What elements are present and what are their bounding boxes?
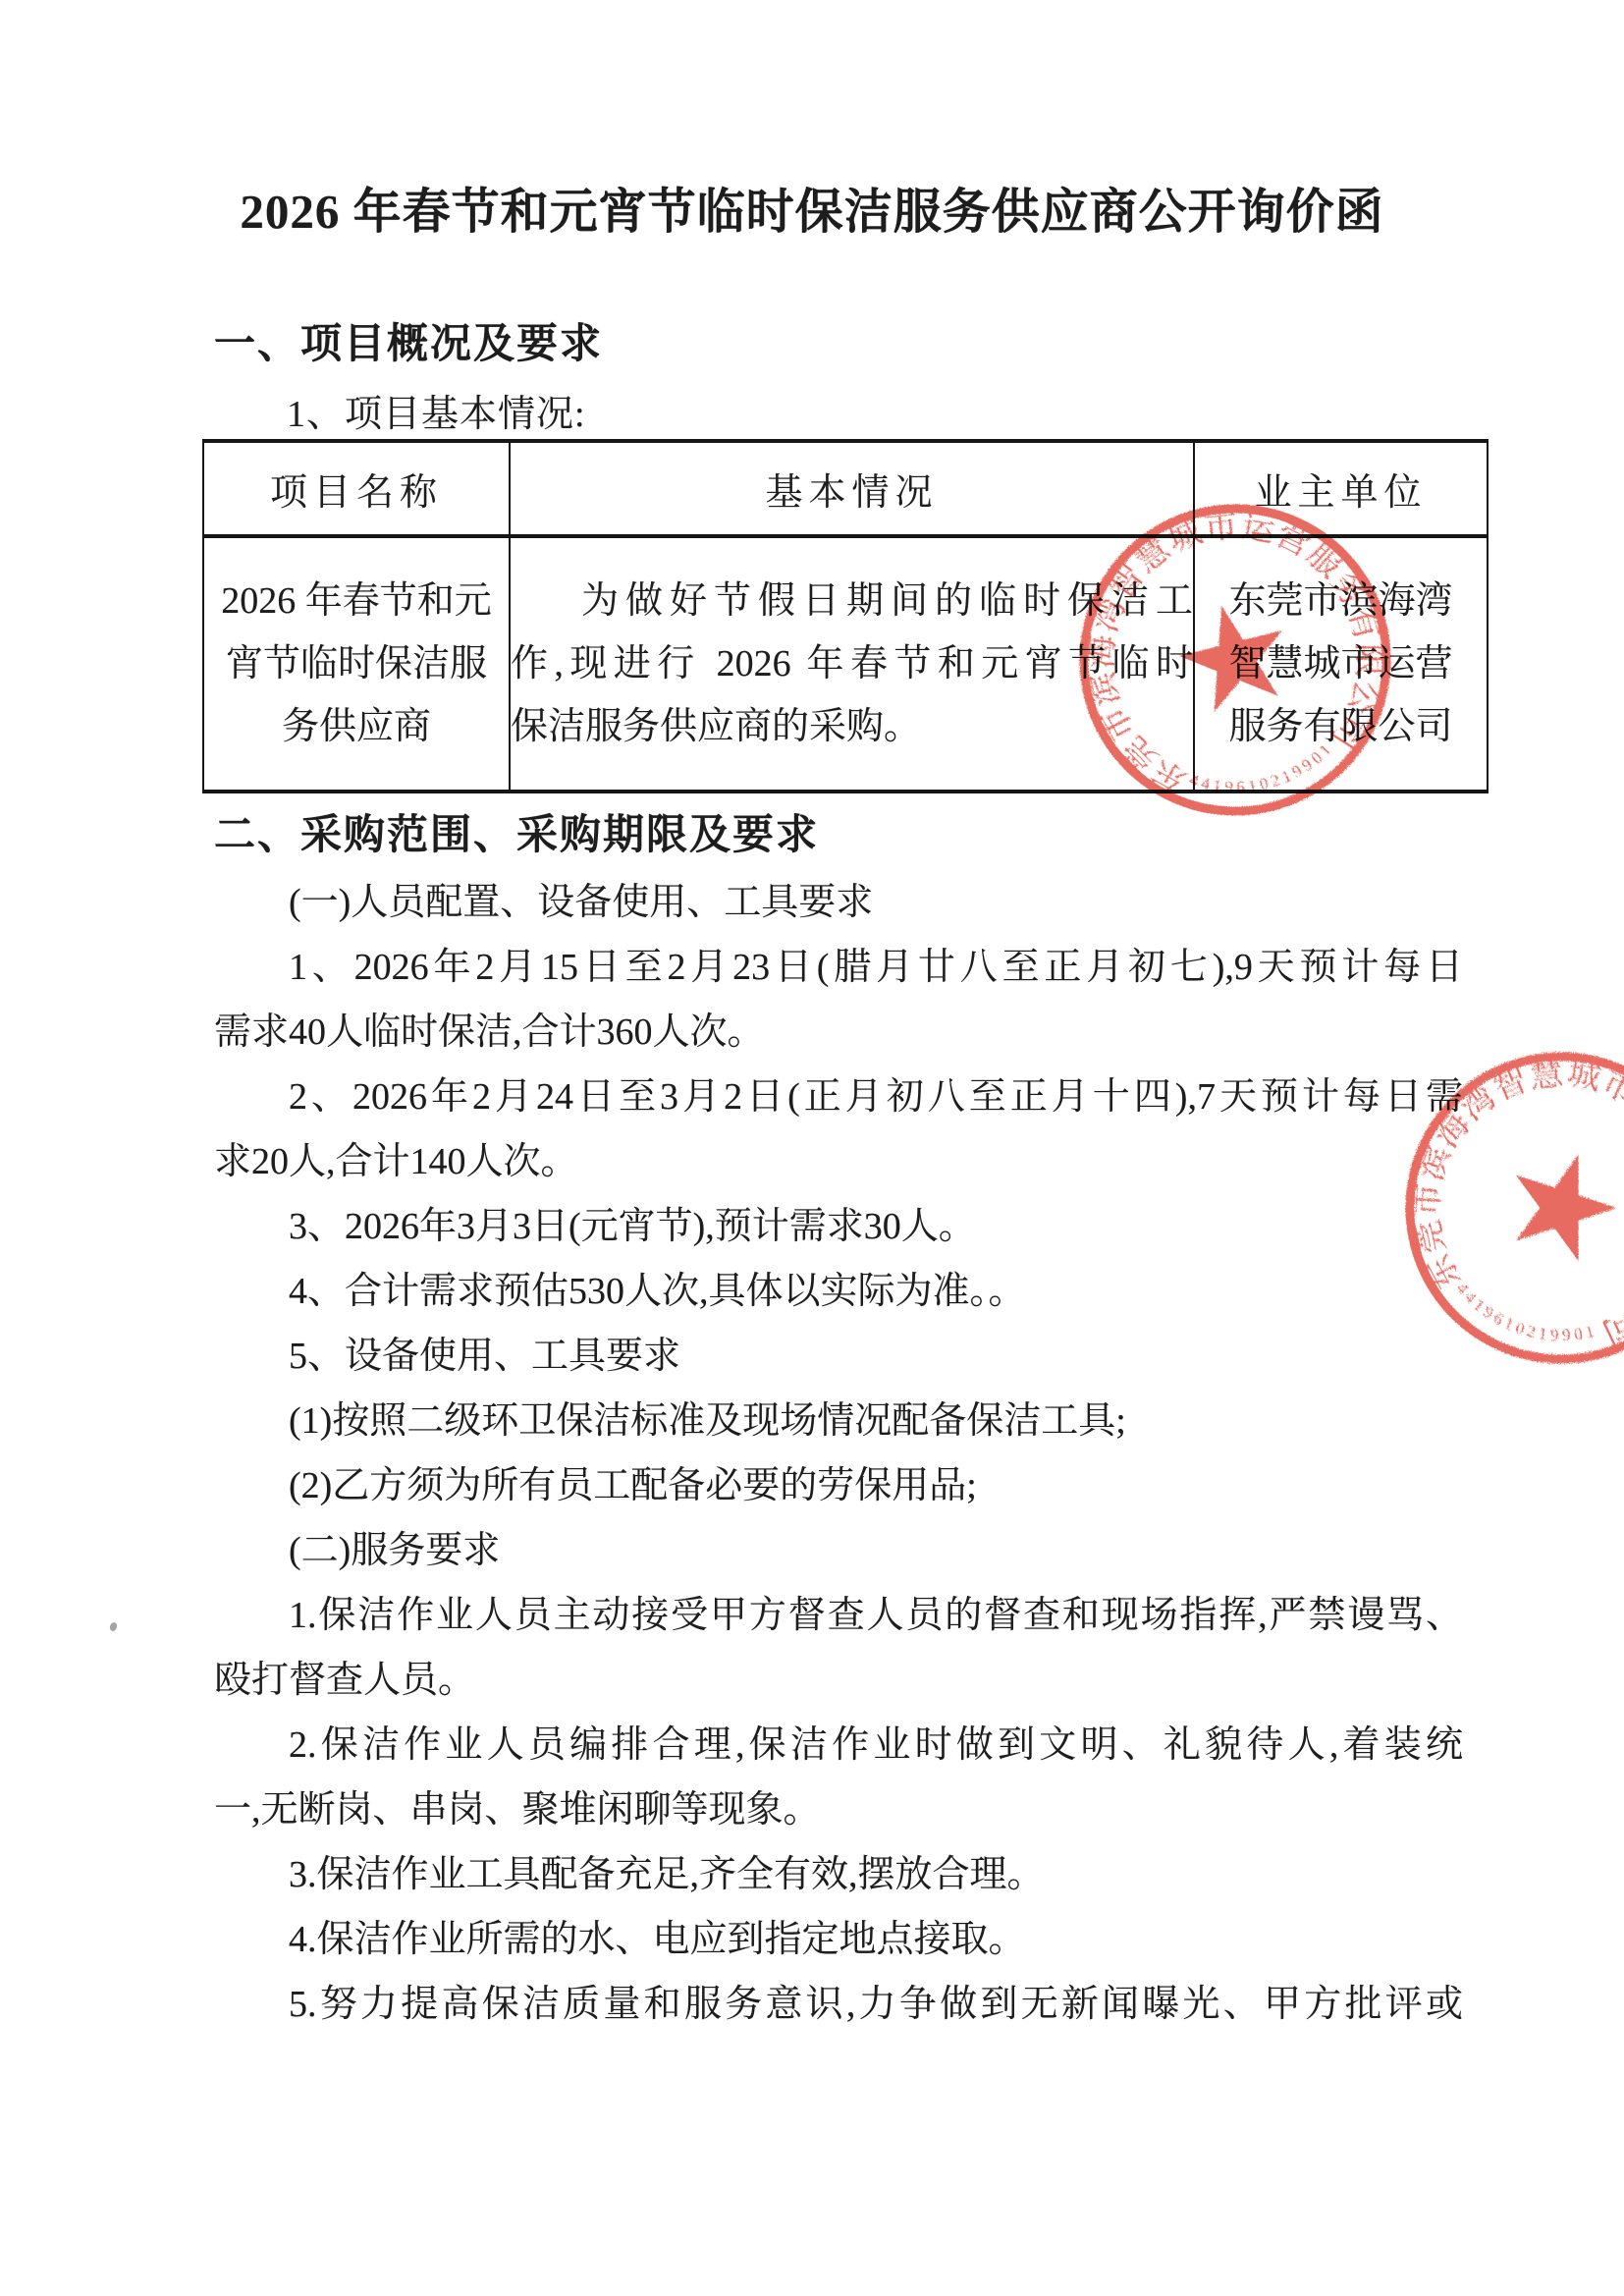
table-header-row: 项目名称 基本情况 业主单位 [203,441,1488,536]
owner-unit-line: 东莞市滨海湾 [1195,570,1487,632]
col-header-project-name: 项目名称 [203,441,510,536]
svg-text:4419610219901: 4419610219901 [1445,1277,1604,1362]
seal-star-icon [1496,1138,1624,1268]
body-line: 5、设备使用、工具要求 [214,1324,1463,1389]
project-name-line: 2026 年春节和元 [204,570,509,632]
document-title: 2026 年春节和元宵节临时保洁服务供应商公开询价函 [0,185,1624,240]
body-line: 3、2026年3月3日(元宵节),预计需求30人。 [214,1194,1463,1259]
project-name-line: 宵节临时保洁服 [204,632,509,695]
owner-unit-line: 智慧城市运营 [1195,632,1487,695]
owner-unit-line: 服务有限公司 [1195,695,1487,758]
body-line: 求20人,合计140人次。 [214,1129,1463,1194]
body-line: 4、合计需求预估530人次,具体以实际为准。。 [214,1259,1463,1324]
col-header-owner-unit: 业主单位 [1194,441,1488,536]
body-line: 一,无断岗、串岗、聚堆闲聊等现象。 [214,1777,1463,1842]
body-line: 4.保洁作业所需的水、电应到指定地点接取。 [214,1907,1463,1972]
table-row: 2026 年春节和元 宵节临时保洁服 务供应商 为做好节假日期间的临时保洁工 作… [203,536,1488,792]
section-two-body: (一)人员配置、设备使用、工具要求 1、2026年2月15日至2月23日(腊月廿… [214,870,1463,2037]
col-header-basic-info: 基本情况 [510,441,1194,536]
document-page: 2026 年春节和元宵节临时保洁服务供应商公开询价函 一、项目概况及要求 1、项… [0,0,1624,2296]
cell-project-name: 2026 年春节和元 宵节临时保洁服 务供应商 [203,536,510,792]
scan-artifact-dot [109,1621,119,1632]
table-caption: 1、项目基本情况: [287,395,586,436]
basic-info-line: 保洁服务供应商的采购。 [511,695,1193,758]
project-info-table: 项目名称 基本情况 业主单位 2026 年春节和元 宵节临时保洁服 务供应商 为… [202,439,1489,793]
basic-info-line: 作,现进行 2026 年春节和元宵节临时 [511,632,1193,695]
body-line: (2)乙方须为所有员工配备必要的劳保用品; [214,1453,1463,1518]
body-line: 3.保洁作业工具配备充足,齐全有效,摆放合理。 [214,1842,1463,1907]
project-name-line: 务供应商 [204,695,509,758]
body-line: 殴打督查人员。 [214,1648,1463,1713]
body-line: (1)按照二级环卫保洁标准及现场情况配备保洁工具; [214,1389,1463,1453]
body-line: 1.保洁作业人员主动接受甲方督查人员的督查和现场指挥,严禁谩骂、 [214,1583,1463,1648]
body-line: (一)人员配置、设备使用、工具要求 [214,870,1463,935]
body-line: (二)服务要求 [214,1518,1463,1583]
section-one-heading: 一、项目概况及要求 [214,323,603,366]
body-line: 5.努力提高保洁质量和服务意识,力争做到无新闻曝光、甲方批评或 [214,1972,1463,2037]
section-two-heading: 二、采购范围、采购期限及要求 [214,814,819,857]
seal-serial-number: 4419610219901 [1445,1277,1604,1362]
basic-info-line: 为做好节假日期间的临时保洁工 [511,570,1193,632]
body-line: 2、2026年2月24日至3月2日(正月初八至正月十四),7天预计每日需 [214,1065,1463,1129]
body-line: 1、2026年2月15日至2月23日(腊月廿八至正月初七),9天预计每日 [214,935,1463,1000]
body-line: 需求40人临时保洁,合计360人次。 [214,1000,1463,1065]
body-line: 2.保洁作业人员编排合理,保洁作业时做到文明、礼貌待人,着装统 [214,1713,1463,1777]
cell-basic-info: 为做好节假日期间的临时保洁工 作,现进行 2026 年春节和元宵节临时 保洁服务… [510,536,1194,792]
cell-owner-unit: 东莞市滨海湾 智慧城市运营 服务有限公司 [1194,536,1488,792]
